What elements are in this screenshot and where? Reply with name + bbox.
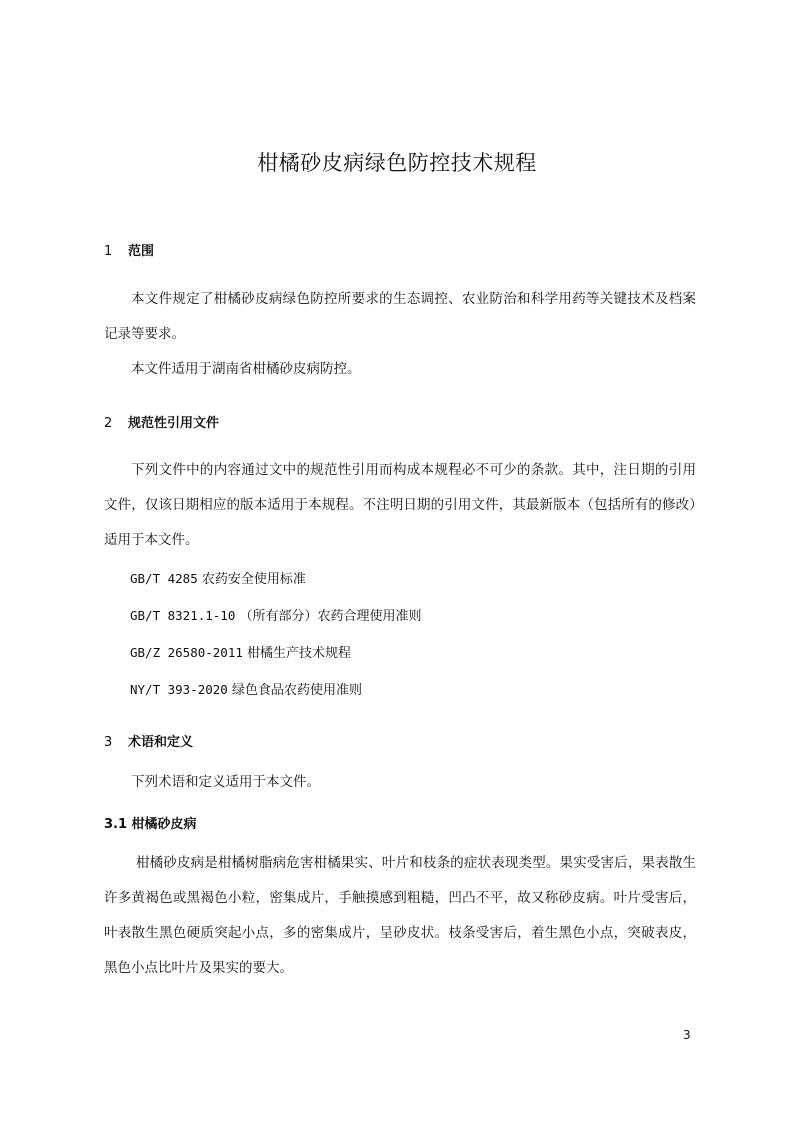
reference-title: 柑橘生产技术规程 bbox=[247, 646, 351, 661]
reference-item: GB/T 8321.1-10 （所有部分）农药合理使用准则 bbox=[130, 605, 422, 624]
reference-code: GB/T 4285 bbox=[130, 571, 198, 586]
section-number: 1 bbox=[104, 244, 128, 259]
paragraph: 柑橘砂皮病是柑橘树脂病危害柑橘果实、叶片和枝条的症状表现类型。果实受害后，果表散… bbox=[104, 846, 696, 986]
reference-code: GB/Z 26580-2011 bbox=[130, 645, 243, 660]
section-title: 范围 bbox=[128, 244, 154, 259]
reference-title: 农药安全使用标准 bbox=[202, 572, 306, 587]
reference-title: （所有部分）农药合理使用准则 bbox=[240, 609, 422, 624]
document-title: 柑橘砂皮病绿色防控技术规程 bbox=[0, 147, 794, 177]
section-title: 术语和定义 bbox=[128, 735, 193, 750]
section-number: 3 bbox=[104, 735, 128, 750]
reference-item: GB/T 4285 农药安全使用标准 bbox=[130, 568, 306, 587]
paragraph: 本文件规定了柑橘砂皮病绿色防控所要求的生态调控、农业防治和科学用药等关键技术及档… bbox=[104, 282, 696, 352]
reference-item: NY/T 393-2020 绿色食品农药使用准则 bbox=[130, 679, 362, 698]
paragraph: 下列术语和定义适用于本文件。 bbox=[104, 765, 696, 800]
reference-code: GB/T 8321.1-10 bbox=[130, 608, 235, 623]
section-title: 规范性引用文件 bbox=[128, 416, 219, 431]
section-1-heading: 1范围 bbox=[104, 240, 154, 259]
paragraph: 本文件适用于湖南省柑橘砂皮病防控。 bbox=[104, 352, 696, 387]
subsection-3-1-heading: 3.1 柑橘砂皮病 bbox=[104, 813, 197, 832]
paragraph: 下列文件中的内容通过文中的规范性引用而构成本规程必不可少的条款。其中，注日期的引… bbox=[104, 453, 696, 558]
section-number: 2 bbox=[104, 416, 128, 431]
reference-item: GB/Z 26580-2011 柑橘生产技术规程 bbox=[130, 642, 351, 661]
reference-title: 绿色食品农药使用准则 bbox=[232, 683, 362, 698]
reference-code: NY/T 393-2020 bbox=[130, 682, 228, 697]
section-2-heading: 2规范性引用文件 bbox=[104, 412, 219, 431]
page-number: 3 bbox=[683, 1028, 691, 1042]
section-3-heading: 3术语和定义 bbox=[104, 731, 193, 750]
